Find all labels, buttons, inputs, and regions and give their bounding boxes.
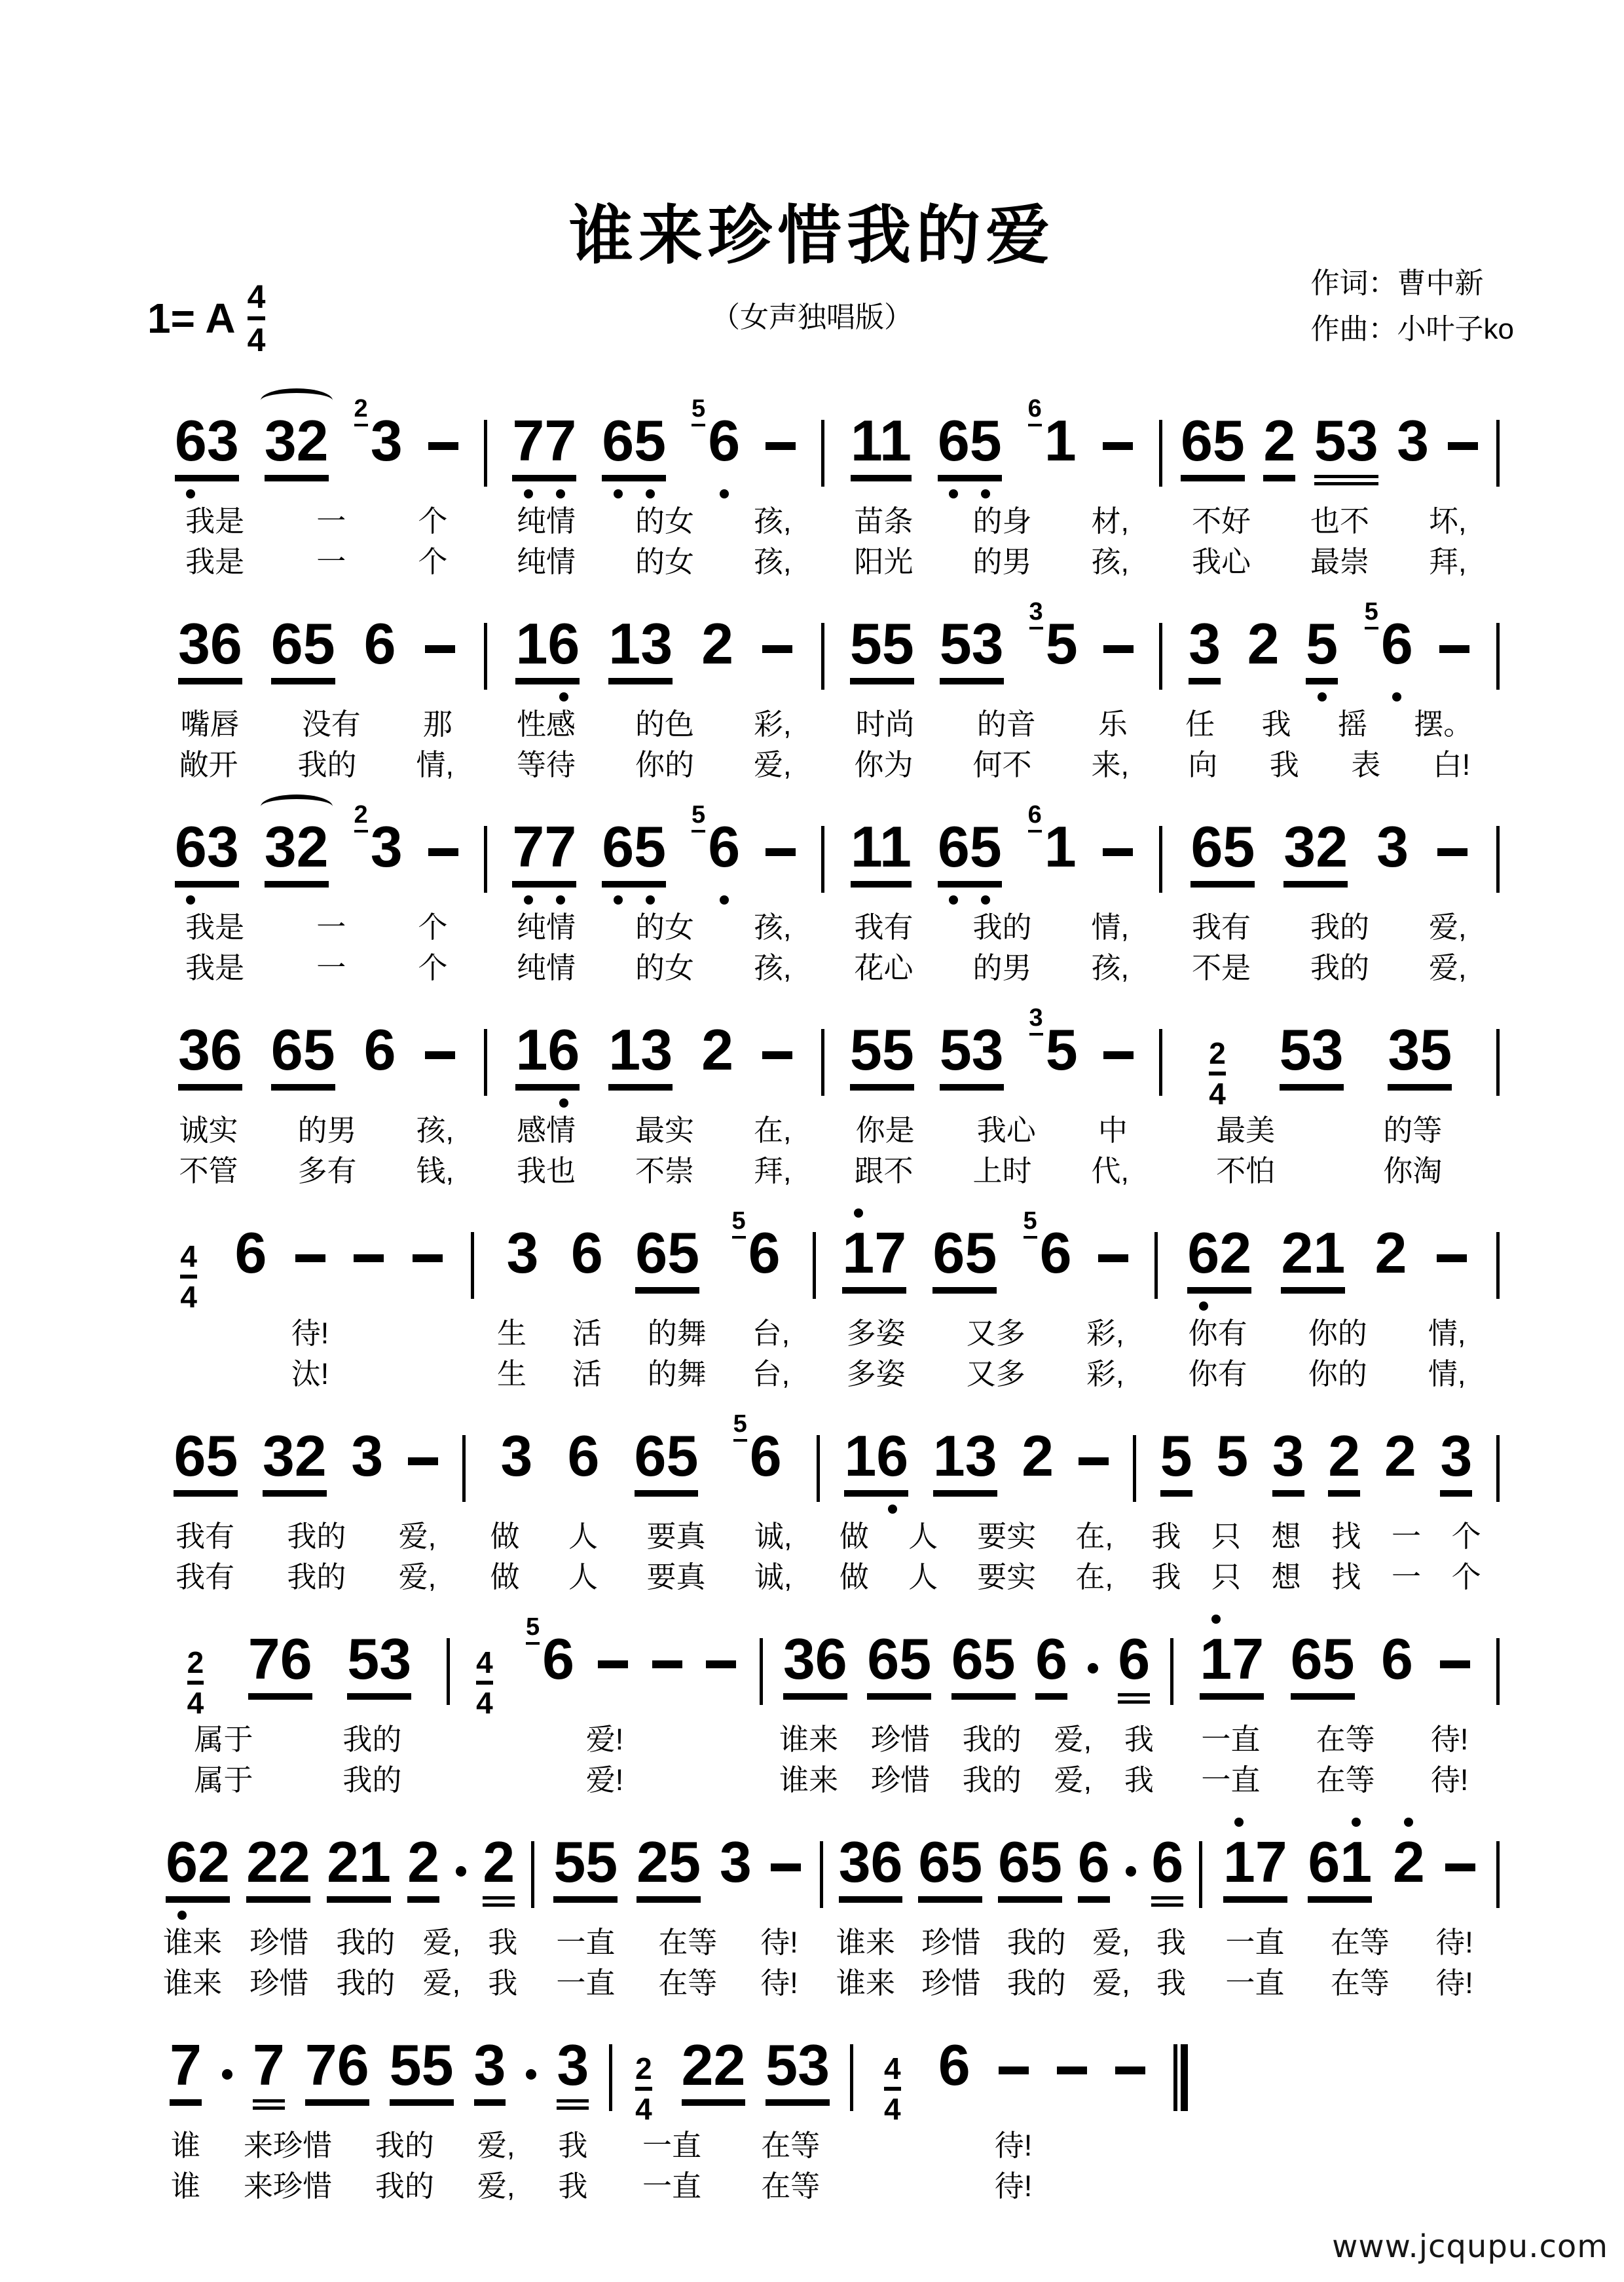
note-value: 65 bbox=[1181, 412, 1245, 481]
lyric-syllable: 孩, bbox=[754, 949, 792, 987]
music-system: 247653属于我的属于我的4456爱!爱!36656566谁来珍惜我的爱,我谁… bbox=[149, 1601, 1500, 1799]
note: 6 bbox=[1118, 1630, 1150, 1704]
lyric-syllable: 一直 bbox=[1225, 1964, 1284, 2002]
rest-dash bbox=[762, 1051, 792, 1059]
note-value: 65 bbox=[1190, 818, 1255, 888]
lyric-syllable: 来珍惜 bbox=[244, 2127, 332, 2165]
lyric-syllable: 在等 bbox=[1316, 1721, 1375, 1759]
lyric-syllable: 你的 bbox=[1308, 1355, 1367, 1393]
octave-dot bbox=[559, 692, 568, 701]
note-value: 63 bbox=[175, 818, 239, 888]
rest-dash bbox=[1437, 848, 1467, 856]
notes-row: 36656566 bbox=[823, 1805, 1199, 1916]
note-value: 32 bbox=[265, 818, 329, 888]
lyric-syllable: 不崇 bbox=[635, 1152, 694, 1190]
lyrics-verse2-row: 不管多有钱, bbox=[149, 1152, 484, 1190]
lyric-syllable: 的女 bbox=[635, 949, 694, 987]
lyric-syllable: 白! bbox=[1433, 746, 1471, 784]
rest-dash bbox=[1445, 1863, 1475, 1871]
grace-note: 2 bbox=[354, 396, 368, 426]
note-value: 36 bbox=[839, 1833, 903, 1903]
notes-row: 176556 bbox=[816, 1195, 1154, 1307]
lyric-syllable: 我有 bbox=[1192, 908, 1251, 946]
note-value: 13 bbox=[933, 1427, 997, 1497]
note: 21 bbox=[1281, 1224, 1345, 1294]
notes-row: 245335 bbox=[1162, 992, 1497, 1104]
lyric-syllable: 待! bbox=[1435, 1924, 1473, 1962]
lyrics-verse2-row: 汰! bbox=[149, 1355, 471, 1393]
lyrics-verse2-row: 敞开我的情, bbox=[149, 746, 484, 784]
lyric-syllable: 你为 bbox=[854, 746, 913, 784]
note-digits: 6 bbox=[1118, 1630, 1150, 1704]
lyric-syllable: 在, bbox=[1075, 1558, 1113, 1596]
note-value: 65 bbox=[918, 1833, 982, 1903]
note-value: 6 bbox=[364, 1021, 396, 1091]
note-digits: 76 bbox=[305, 2036, 369, 2106]
rest-dash bbox=[1437, 1254, 1467, 1262]
note: 65 bbox=[271, 1021, 335, 1091]
octave-dot bbox=[888, 1505, 897, 1514]
note: 17 bbox=[842, 1224, 906, 1294]
lyric-syllable: 情, bbox=[1428, 1355, 1466, 1393]
note-digits: 36 bbox=[839, 1833, 903, 1903]
note-digits: 13 bbox=[608, 615, 673, 684]
time-sig-numerator: 2 bbox=[187, 1647, 204, 1677]
note-value: 7 bbox=[253, 2036, 285, 2110]
note: 36 bbox=[178, 1021, 242, 1091]
note: 65 bbox=[932, 1224, 997, 1294]
note-value: 2 bbox=[1247, 615, 1280, 684]
note-digits: 3 bbox=[500, 1427, 532, 1497]
lyrics-verse1-row: 我是一个 bbox=[149, 502, 484, 540]
octave-dot bbox=[186, 489, 195, 498]
notes-row: 553223 bbox=[1136, 1398, 1496, 1510]
note: 2 bbox=[407, 1833, 439, 1903]
note-digits: 2 bbox=[1384, 1427, 1416, 1497]
note-digits: 63 bbox=[175, 412, 239, 481]
note: 13 bbox=[933, 1427, 997, 1497]
note: 53 bbox=[1314, 412, 1378, 485]
lyric-syllable: 谁来 bbox=[779, 1721, 838, 1759]
lyric-syllable: 纯情 bbox=[517, 543, 576, 581]
note-digits: 16 bbox=[515, 615, 580, 684]
note-digits: 65 bbox=[932, 1224, 997, 1294]
note: 6 bbox=[571, 1224, 603, 1294]
lyric-syllable: 在等 bbox=[761, 2127, 820, 2165]
measure: 36656566谁来珍惜我的爱,我谁来珍惜我的爱,我 bbox=[763, 1601, 1170, 1799]
note-digits: 3 bbox=[474, 2036, 506, 2106]
lyric-syllable: 要实 bbox=[977, 1558, 1036, 1596]
lyrics-verse1-row: 我有我的情, bbox=[824, 908, 1159, 946]
lyric-syllable: 一 bbox=[1392, 1518, 1421, 1556]
music-system: 36656诚实的男孩,不管多有钱,16132感情最实在,我也不崇拜,555335… bbox=[149, 992, 1500, 1190]
lyric-syllable: 材, bbox=[1091, 502, 1129, 540]
note-digits: 3 bbox=[1189, 615, 1221, 684]
note: 6 bbox=[1381, 1630, 1413, 1700]
lyric-syllable: 爱, bbox=[1092, 1964, 1130, 2002]
lyric-syllable: 的男 bbox=[972, 543, 1031, 581]
note-digits: 76 bbox=[248, 1630, 312, 1700]
lyrics-verse2-row: 我心最崇拜, bbox=[1162, 543, 1497, 581]
note-digits: 65 bbox=[174, 1427, 238, 1497]
note-value: 17 bbox=[1223, 1833, 1287, 1903]
note-value: 55 bbox=[850, 615, 914, 684]
note-value: 3 bbox=[1272, 1427, 1304, 1497]
note: 3 bbox=[474, 2036, 506, 2106]
key-signature: 1= A 4 4 bbox=[147, 280, 265, 356]
note: 2 bbox=[1247, 615, 1280, 684]
lyric-syllable: 嘴唇 bbox=[181, 705, 240, 743]
lyrics-verse1-row: 谁来珍惜我的爱,我 bbox=[149, 2127, 609, 2165]
rest-dash bbox=[1103, 1051, 1134, 1059]
measure: 62222122谁来珍惜我的爱,我谁来珍惜我的爱,我 bbox=[149, 1805, 531, 2002]
lyric-syllable: 谁来 bbox=[163, 1924, 222, 1962]
rest-dash bbox=[1439, 645, 1469, 653]
rest-dash bbox=[999, 2067, 1029, 2074]
note-value: 6 bbox=[750, 1427, 782, 1497]
notes-row: 4456 bbox=[450, 1601, 760, 1713]
lyric-syllable: 最美 bbox=[1216, 1112, 1275, 1150]
note-digits: 5 bbox=[1046, 1021, 1078, 1091]
octave-dot bbox=[646, 489, 655, 498]
lyric-syllable: 我的 bbox=[336, 1924, 395, 1962]
final-barline bbox=[1173, 2044, 1188, 2111]
note: 65 bbox=[867, 1630, 931, 1700]
note-digits: 53 bbox=[940, 615, 1004, 684]
note-digits: 65 bbox=[271, 615, 335, 684]
note-digits: 2 bbox=[1328, 1427, 1360, 1497]
octave-dot bbox=[556, 895, 565, 905]
lyric-syllable: 个 bbox=[418, 502, 447, 540]
credits: 作词：曹中新 作曲：小叶子ko bbox=[1311, 261, 1514, 353]
notes-row: 16132 bbox=[487, 586, 822, 698]
note-digits: 3 bbox=[720, 1833, 752, 1903]
rest-dash bbox=[652, 1660, 682, 1668]
lyric-syllable: 一 bbox=[316, 908, 346, 946]
notes-row: 242253 bbox=[612, 2008, 850, 2119]
note-digits: 1 bbox=[1044, 412, 1077, 481]
lyric-syllable: 摆。 bbox=[1414, 705, 1473, 743]
note-value: 61 bbox=[1308, 1833, 1372, 1903]
lyrics-verse1-row: 你是我心中 bbox=[824, 1112, 1159, 1150]
lyric-syllable: 的舞 bbox=[648, 1355, 707, 1393]
note-value: 5 bbox=[1046, 1021, 1078, 1091]
note-value: 7 bbox=[170, 2036, 202, 2106]
note-value: 3 bbox=[474, 2036, 506, 2106]
measure: 247653属于我的属于我的 bbox=[149, 1601, 447, 1799]
note-value: 65 bbox=[602, 412, 666, 481]
rest-dash bbox=[1103, 442, 1133, 450]
lyric-syllable: 最实 bbox=[635, 1112, 694, 1150]
rest-dash bbox=[413, 1254, 443, 1262]
lyric-syllable: 一 bbox=[316, 543, 346, 581]
note-digits: 16 bbox=[844, 1427, 908, 1497]
notes-row: 17656 bbox=[1173, 1601, 1496, 1713]
note-value: 6 bbox=[234, 1224, 267, 1294]
lyric-syllable: 个 bbox=[1452, 1518, 1481, 1556]
note-value: 6 bbox=[1151, 1833, 1183, 1907]
measure: 245335最美的等不怕你淘 bbox=[1162, 992, 1497, 1190]
lyric-syllable: 谁来 bbox=[779, 1761, 838, 1799]
octave-dot bbox=[1234, 1818, 1244, 1827]
lyric-syllable: 的女 bbox=[635, 908, 694, 946]
time-signature: 44 bbox=[884, 2053, 901, 2124]
lyric-syllable: 待! bbox=[291, 1315, 329, 1353]
note-value: 65 bbox=[271, 1021, 335, 1091]
notes-row: 366556 bbox=[466, 1398, 817, 1510]
note-value: 53 bbox=[940, 1021, 1004, 1091]
note: 17 bbox=[1223, 1833, 1287, 1903]
notes-row: 16132 bbox=[487, 992, 822, 1104]
octave-dot bbox=[1352, 1818, 1361, 1827]
note: 61 bbox=[1028, 412, 1077, 481]
measure: 366556生活的舞台,生活的舞台, bbox=[474, 1195, 813, 1393]
time-sig-numerator: 4 bbox=[476, 1647, 493, 1677]
note-value: 21 bbox=[1281, 1224, 1345, 1294]
grace-note: 5 bbox=[692, 802, 705, 832]
lyric-syllable: 诚, bbox=[754, 1518, 792, 1556]
measure: 77765533谁来珍惜我的爱,我谁来珍惜我的爱,我 bbox=[149, 2008, 609, 2205]
lyrics-verse1-row: 苗条的身材, bbox=[824, 502, 1159, 540]
note: 56 bbox=[692, 818, 740, 888]
lyric-syllable: 表 bbox=[1351, 746, 1380, 784]
lyric-syllable: 我的 bbox=[972, 908, 1031, 946]
lyric-syllable: 一直 bbox=[642, 2167, 701, 2205]
lyric-syllable: 不怕 bbox=[1216, 1152, 1275, 1190]
lyrics-verse2-row: 你为何不来, bbox=[824, 746, 1159, 784]
lyric-syllable: 谁来 bbox=[836, 1924, 895, 1962]
note-value: 22 bbox=[246, 1833, 310, 1903]
lyrics-verse1-row: 性感的色彩, bbox=[487, 705, 822, 743]
lyric-syllable: 一 bbox=[1392, 1558, 1421, 1596]
time-denominator: 4 bbox=[248, 316, 266, 356]
note: 76 bbox=[305, 2036, 369, 2106]
octave-dot bbox=[1392, 692, 1401, 701]
note-value: 36 bbox=[783, 1630, 847, 1700]
lyric-syllable: 个 bbox=[1452, 1558, 1481, 1596]
note: 5 bbox=[1216, 1427, 1248, 1497]
time-signature: 24 bbox=[635, 2053, 652, 2124]
lyric-syllable: 在, bbox=[754, 1112, 792, 1150]
rest-dash bbox=[428, 848, 458, 856]
score: 633223我是一个我是一个776556纯情的女孩,纯情的女孩,116561苗条… bbox=[149, 383, 1500, 2211]
note-value: 6 bbox=[1040, 1224, 1072, 1294]
note: 55 bbox=[553, 1833, 618, 1903]
measure: 36656566谁来珍惜我的爱,我谁来珍惜我的爱,我 bbox=[823, 1805, 1199, 2002]
note-digits: 77 bbox=[512, 818, 576, 888]
time-sig-denominator: 4 bbox=[180, 1275, 197, 1312]
note-digits: 61 bbox=[1308, 1833, 1372, 1903]
measure: 16132做人要实在,做人要实在, bbox=[820, 1398, 1133, 1596]
time-signature: 44 bbox=[180, 1241, 197, 1312]
note-value: 6 bbox=[571, 1224, 603, 1294]
note: 2 bbox=[701, 615, 733, 684]
note-digits: 6 bbox=[571, 1224, 603, 1294]
lyric-syllable: 爱, bbox=[477, 2127, 515, 2165]
note-value: 2 bbox=[483, 1833, 515, 1907]
note-digits: 63 bbox=[175, 818, 239, 888]
rest-dash bbox=[1103, 848, 1133, 856]
lyric-syllable: 爱, bbox=[477, 2167, 515, 2205]
time-sig-denominator: 4 bbox=[187, 1681, 204, 1718]
note-digits: 3 bbox=[371, 818, 403, 888]
note-digits: 13 bbox=[933, 1427, 997, 1497]
rest-dash bbox=[706, 1660, 736, 1668]
lyric-syllable: 一直 bbox=[642, 2127, 701, 2165]
note-digits: 6 bbox=[748, 1224, 781, 1294]
time-signature: 44 bbox=[476, 1647, 493, 1718]
note-digits: 3 bbox=[1272, 1427, 1304, 1497]
lyric-syllable: 我 bbox=[1124, 1761, 1154, 1799]
note-value: 2 bbox=[701, 1021, 733, 1091]
time-signature: 24 bbox=[1209, 1038, 1226, 1109]
note: 65 bbox=[918, 1833, 982, 1903]
note: 6 bbox=[364, 615, 396, 684]
rest-dash bbox=[766, 848, 796, 856]
lyricist-credit: 作词：曹中新 bbox=[1311, 261, 1514, 307]
note: 62 bbox=[166, 1833, 230, 1903]
notes-row: 36656566 bbox=[763, 1601, 1170, 1713]
rest-dash bbox=[1448, 442, 1478, 450]
lyric-syllable: 谁 bbox=[171, 2127, 200, 2165]
grace-note: 6 bbox=[1028, 802, 1042, 832]
measure: 633223我是一个我是一个 bbox=[149, 383, 484, 581]
note-digits: 25 bbox=[637, 1833, 701, 1903]
lyrics-verse2-row: 属于我的 bbox=[149, 1761, 447, 1799]
lyric-syllable: 爱, bbox=[1429, 908, 1467, 946]
note-value: 6 bbox=[1381, 1630, 1413, 1700]
lyric-syllable: 多姿 bbox=[847, 1315, 906, 1353]
note: 53 bbox=[940, 615, 1004, 684]
trailing-space bbox=[1188, 2008, 1500, 2014]
lyric-syllable: 感情 bbox=[517, 1112, 576, 1150]
rest-dash bbox=[425, 645, 455, 653]
lyrics-verse2-row: 多姿又多彩, bbox=[816, 1355, 1154, 1393]
lyrics-verse1-row: 纯情的女孩, bbox=[487, 908, 822, 946]
lyric-syllable: 待! bbox=[760, 1924, 798, 1962]
lyric-syllable: 人 bbox=[908, 1558, 938, 1596]
lyrics-verse2-row: 做人要实在, bbox=[820, 1558, 1133, 1596]
note: 16 bbox=[844, 1427, 908, 1497]
lyrics-verse2-row: 一直在等待! bbox=[1173, 1761, 1496, 1799]
lyrics-verse1-row: 任我摇摆。 bbox=[1162, 705, 1497, 743]
lyric-syllable: 珍惜 bbox=[249, 1924, 308, 1962]
note-digits: 36 bbox=[178, 1021, 242, 1091]
note-digits: 62 bbox=[166, 1833, 230, 1903]
lyrics-verse1-row: 做人要实在, bbox=[820, 1518, 1133, 1556]
lyric-syllable: 做 bbox=[490, 1558, 519, 1596]
note: 6 bbox=[1151, 1833, 1183, 1907]
note-digits: 65 bbox=[635, 1427, 699, 1497]
measure: 776556纯情的女孩,纯情的女孩, bbox=[487, 789, 822, 987]
rest-dash bbox=[1115, 2067, 1145, 2074]
lyric-syllable: 活 bbox=[572, 1315, 602, 1353]
lyric-syllable: 谁来 bbox=[836, 1964, 895, 2002]
lyric-syllable: 我心 bbox=[977, 1112, 1036, 1150]
barline bbox=[1496, 1638, 1500, 1705]
note: 22 bbox=[682, 2036, 746, 2106]
rest-dash bbox=[1440, 1660, 1470, 1668]
note-digits: 65 bbox=[271, 1021, 335, 1091]
note-digits: 6 bbox=[1040, 1224, 1072, 1294]
lyric-syllable: 来, bbox=[1091, 746, 1129, 784]
note-value: 6 bbox=[364, 615, 396, 684]
note-digits: 6 bbox=[1381, 1630, 1413, 1700]
lyric-syllable: 属于 bbox=[194, 1721, 253, 1759]
notes-row: 32556 bbox=[1162, 586, 1497, 698]
rest-dash bbox=[354, 1254, 384, 1262]
octave-dot bbox=[614, 895, 623, 905]
lyric-syllable: 我也 bbox=[517, 1152, 576, 1190]
lyric-syllable: 我的 bbox=[342, 1761, 401, 1799]
note: 55 bbox=[390, 2036, 454, 2106]
lyric-syllable: 珍惜 bbox=[921, 1924, 980, 1962]
lyrics-verse2-row: 我也不崇拜, bbox=[487, 1152, 822, 1190]
lyric-syllable: 我 bbox=[1151, 1518, 1181, 1556]
note-digits: 6 bbox=[750, 1427, 782, 1497]
note-digits: 65 bbox=[867, 1630, 931, 1700]
note: 53 bbox=[766, 2036, 830, 2106]
note-value: 3 bbox=[1189, 615, 1221, 684]
lyrics-verse2-row: 一直在等 bbox=[612, 2167, 850, 2205]
lyrics-verse1-row: 纯情的女孩, bbox=[487, 502, 822, 540]
note-digits: 65 bbox=[1181, 412, 1245, 481]
note: 6 bbox=[234, 1224, 267, 1294]
note: 35 bbox=[1029, 1021, 1078, 1091]
note-value: 1 bbox=[1044, 412, 1077, 481]
octave-dot bbox=[559, 1098, 568, 1108]
note: 2 bbox=[1384, 1427, 1416, 1497]
note-digits: 3 bbox=[1376, 818, 1409, 888]
note-digits: 32 bbox=[265, 412, 329, 481]
lyric-syllable: 生 bbox=[497, 1355, 526, 1393]
note-digits: 2 bbox=[1393, 1833, 1425, 1903]
note: 7 bbox=[253, 2036, 285, 2110]
note: 2 bbox=[1375, 1224, 1407, 1294]
note-digits: 22 bbox=[682, 2036, 746, 2106]
barline bbox=[1496, 623, 1500, 690]
note: 7 bbox=[170, 2036, 202, 2106]
note: 13 bbox=[608, 615, 673, 684]
note: 22 bbox=[246, 1833, 310, 1903]
notes-row: 55253 bbox=[534, 1805, 819, 1916]
measure: 65323我有我的爱,不是我的爱, bbox=[1162, 789, 1497, 987]
lyrics-verse2-row: 等待你的爱, bbox=[487, 746, 822, 784]
note-value: 22 bbox=[682, 2036, 746, 2106]
note: 65 bbox=[635, 1224, 699, 1294]
note-digits: 5 bbox=[1046, 615, 1078, 684]
lyric-syllable: 孩, bbox=[754, 543, 792, 581]
lyric-syllable: 的女 bbox=[635, 543, 694, 581]
note-digits: 36 bbox=[783, 1630, 847, 1700]
lyric-syllable: 活 bbox=[572, 1355, 602, 1393]
lyrics-verse1-row: 生活的舞台, bbox=[474, 1315, 813, 1353]
note: 3 bbox=[1397, 412, 1429, 481]
lyric-syllable: 一直 bbox=[1201, 1761, 1260, 1799]
note: 13 bbox=[608, 1021, 673, 1091]
note-digits: 77 bbox=[512, 412, 576, 481]
lyric-syllable: 想 bbox=[1272, 1558, 1301, 1596]
note-digits: 65 bbox=[602, 818, 666, 888]
lyric-syllable: 爱, bbox=[399, 1558, 437, 1596]
notes-row: 65323 bbox=[1162, 789, 1497, 901]
note-value: 53 bbox=[347, 1630, 411, 1700]
lyric-syllable: 你有 bbox=[1189, 1315, 1247, 1353]
barline bbox=[1496, 1841, 1500, 1908]
note: 77 bbox=[512, 818, 576, 888]
lyric-syllable: 我 bbox=[558, 2167, 587, 2205]
lyrics-verse2-row: 纯情的女孩, bbox=[487, 949, 822, 987]
